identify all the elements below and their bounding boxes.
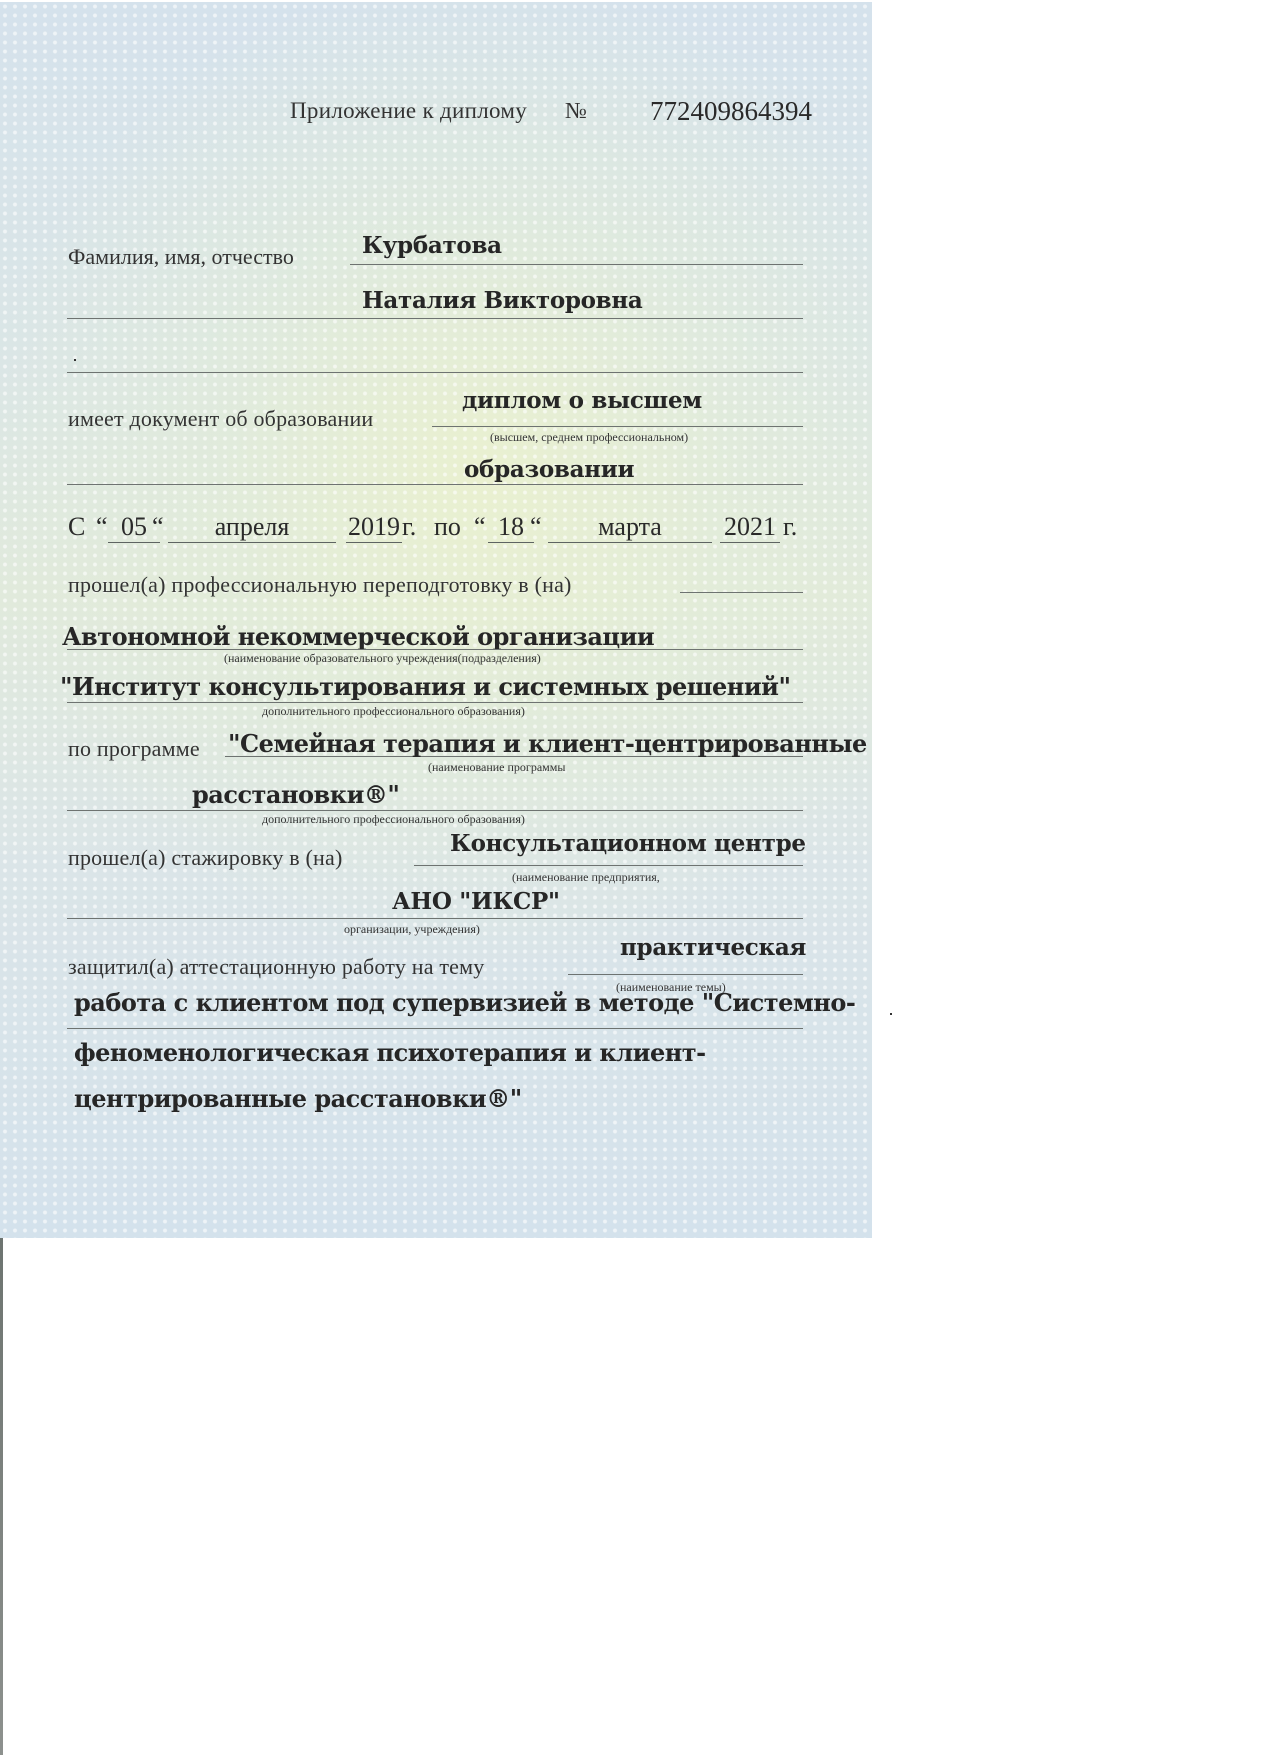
retraining-value-2: "Институт консультирования и системных р… (60, 672, 790, 701)
retraining-line-1 (67, 649, 803, 650)
internship-line-1 (414, 865, 803, 866)
full-name-line-2 (67, 318, 803, 319)
open-quote: “ (96, 512, 108, 542)
education-document-line-1 (432, 426, 803, 427)
thesis-value-2: работа с клиентом под супервизией в мето… (74, 988, 855, 1017)
number-sign: № (565, 98, 587, 124)
full-name-line-1 (350, 264, 803, 265)
period-to-label: по (434, 512, 461, 542)
given-names-value: Наталия Викторовна (362, 287, 643, 314)
program-value-2: расстановки®" (192, 780, 399, 809)
end-year: 2021 (720, 512, 780, 543)
start-year-suffix: г. (402, 512, 416, 542)
close-quote: “ (152, 512, 164, 542)
end-year-suffix: г. (783, 512, 797, 542)
program-value-1: "Семейная терапия и клиент-центрированны… (228, 729, 867, 758)
thesis-value-3: феноменологическая психотерапия и клиент… (74, 1038, 706, 1067)
open-quote: “ (474, 512, 486, 542)
internship-label: прошел(а) стажировку в (на) (68, 845, 343, 871)
retraining-line-0 (680, 592, 803, 593)
education-document-hint: (высшем, среднем профессиональном) (490, 430, 688, 445)
internship-hint-1: (наименование предприятия, (512, 870, 660, 885)
retraining-value-1: Автономной некоммерческой организации (62, 622, 654, 651)
period-prefix: С (68, 512, 85, 542)
close-quote: “ (530, 512, 542, 542)
diploma-supplement-page: Приложение к диплому № 772409864394 Фами… (0, 2, 872, 1238)
thesis-label: защитил(а) аттестационную работу на тему (68, 954, 484, 980)
scan-speck (890, 1013, 892, 1015)
program-line-2 (67, 810, 803, 811)
retraining-hint-1: (наименование образовательного учреждени… (224, 651, 541, 666)
scan-edge-line (0, 1238, 3, 1755)
internship-hint-2: организации, учреждения) (344, 922, 480, 937)
start-year: 2019 (346, 512, 402, 543)
education-document-value-1: диплом о высшем (462, 387, 702, 414)
education-document-line-2 (67, 484, 803, 485)
thesis-line-1 (568, 974, 803, 975)
retraining-line-2 (67, 702, 803, 703)
surname-value: Курбатова (362, 232, 502, 259)
program-hint-1: (наименование программы (428, 760, 565, 775)
thesis-line-2 (67, 1028, 803, 1029)
internship-line-2 (67, 918, 803, 919)
thesis-value-1: практическая (620, 934, 806, 961)
education-document-value-2: образовании (464, 456, 634, 483)
full-name-line-3 (67, 372, 803, 373)
retraining-hint-2: дополнительного профессионального образо… (262, 704, 525, 719)
program-hint-2: дополнительного профессионального образо… (262, 812, 525, 827)
thesis-value-4: центрированные расстановки®" (74, 1084, 522, 1113)
end-month: марта (548, 512, 712, 543)
full-name-label: Фамилия, имя, отчество (68, 244, 294, 270)
diploma-number: 772409864394 (650, 96, 812, 127)
internship-value-1: Консультационном центре (450, 830, 806, 857)
education-document-label: имеет документ об образовании (68, 406, 373, 432)
supplement-title: Приложение к диплому (290, 98, 527, 124)
program-label: по программе (68, 736, 200, 762)
start-month: апреля (168, 512, 336, 543)
scan-speck (74, 359, 76, 361)
retraining-label: прошел(а) профессиональную переподготовк… (68, 572, 572, 598)
end-day: 18 (488, 512, 534, 543)
internship-value-2: АНО "ИКСР" (392, 888, 560, 915)
